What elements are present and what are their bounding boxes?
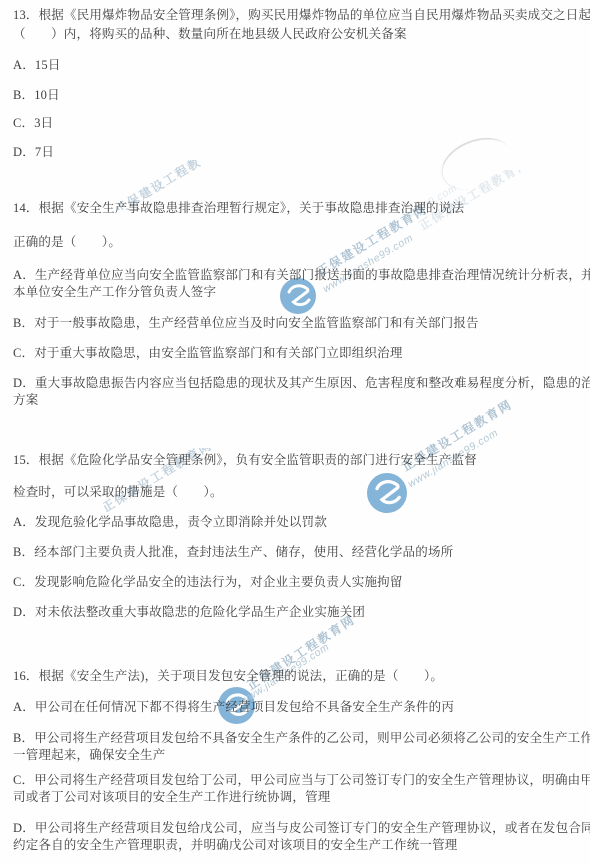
question-15-stem-line-2: 检查时，可以采取的措施是（ ）。 [13,484,587,500]
question-14-option-a-line-2: 本单位安全生产工作分管负责人签字 [13,284,587,300]
question-15-option-c: C．发现影响危险化学品安全的违法行为，对企业主要负责人实施拘留 [13,574,587,590]
question-13-option-b: B．10日 [13,87,587,103]
question-16-option-b-line-1: B．甲公司将生产经营项目发包给不具备安全生产条件的乙公司，则甲公司必须将乙公司的… [13,730,587,746]
question-14-option-a-line-1: A．生产经背单位应当向安全监管监察部门和有关部门报送书面的事故隐患排查治理情况统… [13,267,587,283]
scan-artifact-arc [434,128,520,200]
question-14-option-d-line-2: 方案 [13,392,587,408]
question-16-option-c-line-2: 司或者丁公司对该项目的安全生产工作进行统协调，管理 [13,789,587,805]
question-14-stem-line-2: 正确的是（ ）。 [13,234,587,250]
question-16-option-b-line-2: 一管理起来，确保安全生产 [13,747,587,763]
question-13-stem-line-2: （ ）内，将购买的品种、数量向所在地县级人民政府公安机关备案 [13,26,587,42]
question-13-stem-line-1: 13．根据《民用爆炸物品安全管理条例》，购买民用爆炸物品的单位应当自民用爆炸物品… [13,7,587,23]
question-16-stem: 16．根据《安全生产法)，关于项目发包安全管理的说法，正确的是（ ）。 [13,668,587,684]
question-16-option-c-line-1: C．甲公司将生产经营项目发包给丁公司，甲公司应当与丁公司签订专门的安全生产管理协… [13,772,587,788]
question-13-option-d: D．7日 [13,144,587,160]
question-14-option-c: C．对于重大事故隐思，由安全监管监察部门和有关部门立即组织治理 [13,345,587,361]
question-15-option-b: B．经本部门主要负责人批准，查封违法生产、储存，使用、经营化学品的场所 [13,544,587,560]
question-16-option-d-line-1: D．甲公司将生产经营项目发包给戊公司，应当与皮公司签订专门的安全生产管理协议，或… [13,820,587,836]
question-13-option-a: A．15日 [13,57,587,73]
exam-document-page: 正保建设工程教育网 正保建设工程教育网 www.jianshe99.com 正保… [0,0,590,865]
question-14-option-b: B．对于一般事故隐患，生产经营单位应当及时向安全监管监察部门和有关部门报告 [13,315,587,331]
question-15-option-d: D．对未依法整改重大事故隐悲的危险化学品生产企业实施关团 [13,604,587,620]
question-16-option-a: A．甲公司在任何情况下都不得将生产经营项目发包给不具备安全生产条件的丙 [13,699,587,715]
question-15-option-a: A．发现危验化学品事故隐患，责令立即消除并处以罚款 [13,514,587,530]
question-15-stem-line-1: 15．根据《危险化学品安全管理条例》，负有安全监管职责的部门进行安全生产监督 [13,452,587,468]
question-13-option-c: C．3日 [13,115,587,131]
question-14-stem-line-1: 14．根据《安全生产事故隐患排查治理暂行规定》，关于事故隐患排查治理的说法 [13,200,587,216]
question-16-option-d-line-2: 约定各自的安全生产管理职责，并明确戊公司对该项目的安全生产工作统一管理 [13,837,587,853]
question-14-option-d-line-1: D．重大事故隐患振告内容应当包括隐患的现状及其产生原因、危害程度和整改难易程度分… [13,375,587,391]
